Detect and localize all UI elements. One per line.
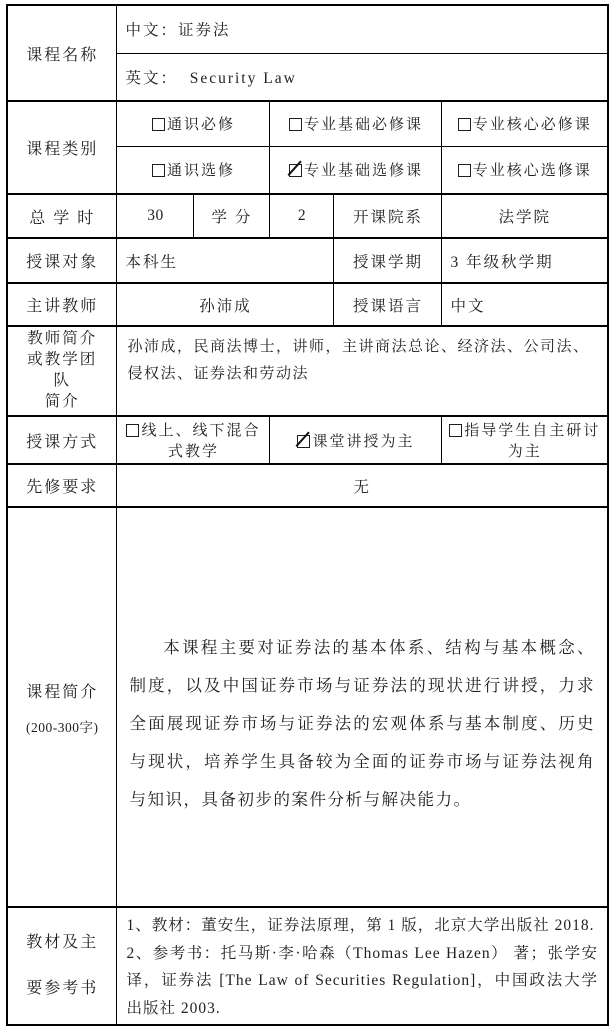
- teaching-method-label: 授课方式: [7, 416, 117, 464]
- course-name-en-text: 英文： Security Law: [125, 70, 296, 87]
- semester-value: 3 年级秋学期: [442, 238, 608, 283]
- row-course-name-zh: 课程名称 中文：证券法: [7, 5, 608, 53]
- course-info-table: 课程名称 中文：证券法 英文： Security Law 课程类别 通识必修 专…: [6, 4, 609, 1026]
- language-label: 授课语言: [334, 283, 442, 326]
- row-audience-semester: 授课对象 本科生 授课学期 3 年级秋学期: [7, 238, 608, 283]
- option-label: 专业核心选修课: [473, 163, 592, 179]
- option-label: 专业基础必修课: [304, 117, 423, 133]
- checkbox-icon: [152, 118, 165, 131]
- option-label: 通识必修: [167, 117, 235, 133]
- department-label: 开课院系: [334, 194, 442, 238]
- instructor-label: 主讲教师: [7, 283, 117, 326]
- checkbox-checked-icon: [297, 435, 310, 448]
- teacher-bio-label: 教师简介 或教学团队 简介: [7, 326, 117, 416]
- checkbox-icon: [458, 164, 471, 177]
- checkbox-icon: [152, 164, 165, 177]
- course-type-label: 课程类别: [7, 101, 117, 194]
- audience-label: 授课对象: [7, 238, 117, 283]
- row-course-type-1: 课程类别 通识必修 专业基础必修课 专业核心必修课: [7, 101, 608, 146]
- semester-label: 授课学期: [334, 238, 442, 283]
- option-general-elective: 通识选修: [117, 146, 270, 194]
- language-value: 中文: [442, 283, 608, 326]
- prerequisites-label: 先修要求: [7, 464, 117, 507]
- row-teaching-method: 授课方式 线上、线下混合 式教学 课堂讲授为主 指导学生自主研讨 为主: [7, 416, 608, 464]
- option-lecture-based: 课堂讲授为主: [270, 416, 442, 464]
- checkbox-icon: [126, 424, 139, 437]
- department-value: 法学院: [442, 194, 608, 238]
- row-teacher-bio: 教师简介 或教学团队 简介 孙沛成，民商法博士，讲师，主讲商法总论、经济法、公司…: [7, 326, 608, 416]
- row-instructor-language: 主讲教师 孙沛成 授课语言 中文: [7, 283, 608, 326]
- option-general-required: 通识必修: [117, 101, 270, 146]
- option-label: 课堂讲授为主: [312, 434, 414, 450]
- materials-item: 1、教材：董安生，证券法原理，第 1 版，北京大学出版社 2018.: [126, 912, 598, 940]
- row-course-intro: 课程简介 (200-300字) 本课程主要对证券法的基本体系、结构与基本概念、制…: [7, 507, 608, 907]
- audience-value: 本科生: [117, 238, 334, 283]
- checkbox-icon: [458, 118, 471, 131]
- checkbox-checked-icon: [289, 164, 302, 177]
- course-name-label: 课程名称: [7, 5, 117, 101]
- course-intro-text: 本课程主要对证券法的基本体系、结构与基本概念、制度，以及中国证券市场与证券法的现…: [129, 629, 595, 819]
- course-name-zh-text: 中文：证券法: [125, 22, 230, 39]
- instructor-value: 孙沛成: [117, 283, 334, 326]
- total-hours-label: 总 学 时: [7, 194, 117, 238]
- option-major-basic-elective: 专业基础选修课: [270, 146, 442, 194]
- credits-label: 学 分: [194, 194, 270, 238]
- option-label: 专业核心必修课: [473, 117, 592, 133]
- option-label: 专业基础选修课: [304, 163, 423, 179]
- checkbox-icon: [449, 424, 462, 437]
- course-name-zh: 中文：证券法: [117, 5, 608, 53]
- option-major-core-required: 专业核心必修课: [442, 101, 608, 146]
- prerequisites-value: 无: [117, 464, 608, 507]
- total-hours-value: 30: [117, 194, 194, 238]
- option-self-study: 指导学生自主研讨 为主: [442, 416, 608, 464]
- option-major-basic-required: 专业基础必修课: [270, 101, 442, 146]
- option-label: 指导学生自主研讨 为主: [464, 423, 600, 460]
- course-intro-note: (200-300字): [18, 716, 107, 736]
- option-label: 线上、线下混合 式教学: [141, 423, 260, 460]
- course-name-en: 英文： Security Law: [117, 53, 608, 101]
- option-major-core-elective: 专业核心选修课: [442, 146, 608, 194]
- credits-value: 2: [270, 194, 334, 238]
- teacher-bio-value: 孙沛成，民商法博士，讲师，主讲商法总论、经济法、公司法、侵权法、证券法和劳动法: [117, 326, 608, 416]
- materials-cell: 1、教材：董安生，证券法原理，第 1 版，北京大学出版社 2018. 2、参考书…: [117, 907, 608, 1025]
- row-materials: 教材及主 要参考书 1、教材：董安生，证券法原理，第 1 版，北京大学出版社 2…: [7, 907, 608, 1025]
- materials-item: 2、参考书：托马斯·李·哈森（Thomas Lee Hazen） 著；张学安 译…: [126, 940, 598, 1023]
- course-intro-label-cell: 课程简介 (200-300字): [7, 507, 117, 907]
- course-intro-label: 课程简介: [18, 679, 107, 702]
- course-info-document: 课程名称 中文：证券法 英文： Security Law 课程类别 通识必修 专…: [0, 0, 615, 1014]
- course-intro-cell: 本课程主要对证券法的基本体系、结构与基本概念、制度，以及中国证券市场与证券法的现…: [117, 507, 608, 907]
- row-prerequisites: 先修要求 无: [7, 464, 608, 507]
- row-hours-credits: 总 学 时 30 学 分 2 开课院系 法学院: [7, 194, 608, 238]
- option-label: 通识选修: [167, 163, 235, 179]
- checkbox-icon: [289, 118, 302, 131]
- option-blended-teaching: 线上、线下混合 式教学: [117, 416, 270, 464]
- materials-label: 教材及主 要参考书: [7, 907, 117, 1025]
